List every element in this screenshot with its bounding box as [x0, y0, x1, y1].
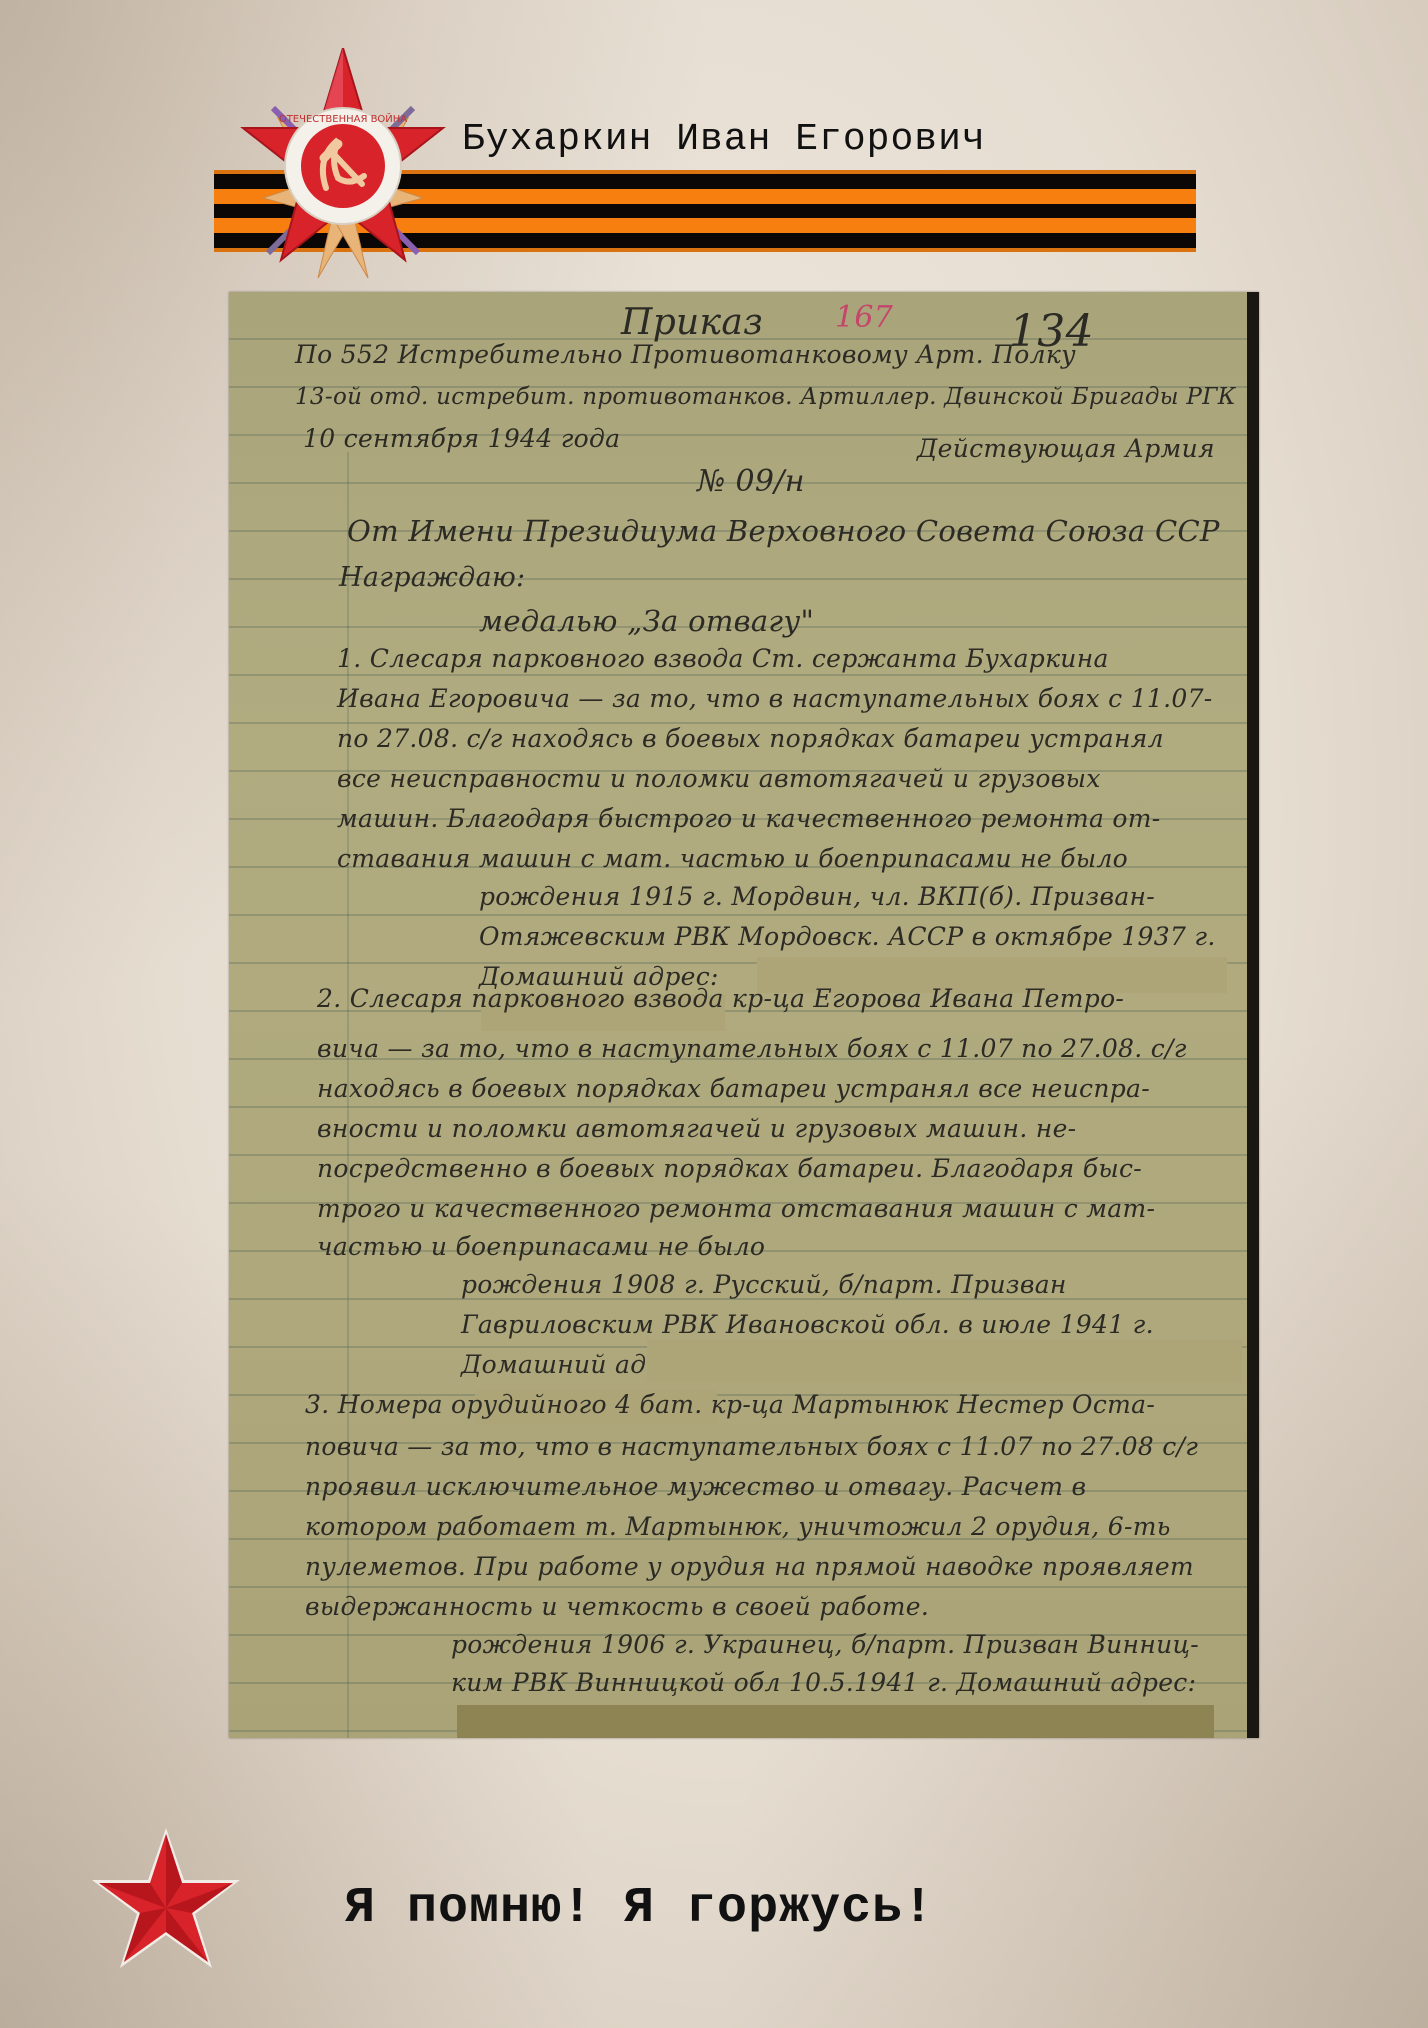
entry-line: рождения 1906 г. Украинец, б/парт. Призв…: [451, 1630, 1199, 1659]
redacted-address: [457, 1705, 1214, 1738]
entry-line: котором работает т. Мартынюк, уничтожил …: [305, 1512, 1171, 1541]
unit-line-2: 13-ой отд. истребит. противотанков. Арти…: [295, 384, 1236, 410]
entry-line: все неисправности и поломки автотягачей …: [337, 764, 1101, 793]
entry-line: рождения 1915 г. Мордвин, чл. ВКП(б). Пр…: [479, 882, 1155, 911]
entry-line: 1. Слесаря парковного взвода Ст. сержант…: [337, 644, 1109, 673]
svg-text:ОТЕЧЕСТВЕННАЯ ВОЙНА: ОТЕЧЕСТВЕННАЯ ВОЙНА: [279, 112, 407, 125]
entry-line: выдержанность и четкость в своей работе.: [305, 1592, 929, 1621]
medal-name: медалью „За отвагу": [479, 604, 814, 638]
red-mark: 167: [835, 300, 893, 335]
red-star-icon: [92, 1828, 240, 1976]
active-army: Действующая Армия: [917, 434, 1215, 463]
entry-line: находясь в боевых порядках батареи устра…: [317, 1074, 1150, 1103]
entry-line: повича — за то, что в наступательных боя…: [305, 1432, 1198, 1461]
order-of-patriotic-war-icon: ОТЕЧЕСТВЕННАЯ ВОЙНА: [238, 48, 448, 288]
entry-line: машин. Благодаря быстрого и качественног…: [337, 804, 1161, 833]
entry-line: рождения 1908 г. Русский, б/парт. Призва…: [461, 1270, 1067, 1299]
unit-line-1: По 552 Истребительно Противотанковому Ар…: [295, 340, 1076, 369]
entry-line: Гавриловским РВК Ивановской обл. в июле …: [461, 1310, 1154, 1339]
person-name-title: Бухаркин Иван Егорович: [462, 118, 986, 161]
entry-line: частью и боеприпасами не было: [317, 1232, 765, 1261]
footer-slogan: Я помню! Я горжусь!: [345, 1880, 934, 1937]
entry-line: проявил исключительное мужество и отвагу…: [305, 1472, 1086, 1501]
entry-line: вича — за то, что в наступательных боях …: [317, 1034, 1187, 1063]
entry-line: по 27.08. с/г находясь в боевых порядках…: [337, 724, 1164, 753]
entry-line: ким РВК Винницкой обл 10.5.1941 г. Домаш…: [451, 1668, 1196, 1697]
order-date: 10 сентября 1944 года: [303, 424, 620, 453]
entry-line: Отяжевским РВК Мордовск. АССР в октябре …: [479, 922, 1216, 951]
order-number: № 09/н: [697, 464, 805, 499]
entry-line: ставания машин с мат. частью и боеприпас…: [337, 844, 1128, 873]
award-verb: Награждаю:: [339, 562, 525, 593]
entry-line: 3. Номера орудийного 4 бат. кр-ца Мартын…: [305, 1390, 1155, 1419]
award-order-scan: Приказ 167 134 По 552 Истребительно Прот…: [229, 292, 1259, 1738]
header: ОТЕЧЕСТВЕННАЯ ВОЙНА Бухаркин Иван Егоров…: [210, 48, 1200, 288]
document-heading: Приказ: [621, 302, 763, 343]
presidium-line: От Имени Президиума Верховного Совета Со…: [347, 514, 1220, 548]
entry-line: Ивана Егоровича — за то, что в наступате…: [337, 684, 1213, 713]
entry-line: посредственно в боевых порядках батареи.…: [317, 1154, 1142, 1183]
entry-line: пулеметов. При работе у орудия на прямой…: [305, 1552, 1194, 1581]
entry-line: 2. Слесаря парковного взвода кр-ца Егоро…: [317, 984, 1124, 1013]
redacted-address: [647, 1340, 1242, 1382]
entry-line: трого и качественного ремонта отставания…: [317, 1194, 1155, 1223]
entry-line: вности и поломки автотягачей и грузовых …: [317, 1114, 1076, 1143]
